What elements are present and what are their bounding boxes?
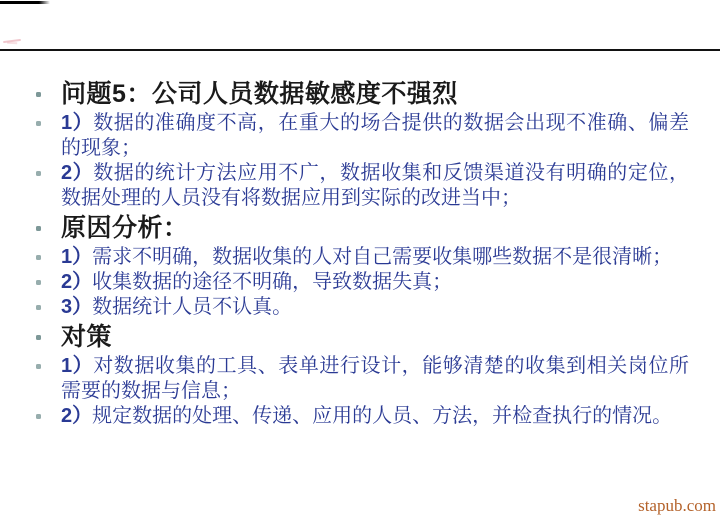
body-text: 2）规定数据的处理、传递、应用的人员、方法，并检查执行的情况。: [61, 404, 689, 429]
item-text: 对策: [61, 323, 112, 351]
list-item-body: 1）对数据收集的工具、表单进行设计，能够清楚的收集到相关岗位所需要的数据与信息；: [0, 354, 720, 404]
body-text: 3）数据统计人员不认真。: [61, 295, 689, 320]
pink-pen-mark: [3, 39, 21, 43]
body-text: 2）数据的统计方法应用不广，数据收集和反馈渠道没有明确的定位，数据处理的人员没有…: [61, 161, 689, 211]
bullet-dot-icon: [36, 364, 41, 369]
body-text: 1）需求不明确，数据收集的人对自己需要收集哪些数据不是很清晰；: [61, 245, 689, 270]
watermark-text: stapub.com: [638, 496, 716, 516]
bullet-dot-icon: [36, 226, 41, 231]
item-text: 数据的准确度不高，在重大的场合提供的数据会出现不准确、偏差的现象；: [61, 112, 689, 159]
bullet-dot-icon: [36, 335, 41, 340]
body-text: 1）对数据收集的工具、表单进行设计，能够清楚的收集到相关岗位所需要的数据与信息；: [61, 354, 689, 404]
bullet-dot-icon: [36, 255, 41, 260]
item-text: 问题5：公司人员数据敏感度不强烈: [61, 80, 458, 108]
list-item-body: 1）需求不明确，数据收集的人对自己需要收集哪些数据不是很清晰；: [0, 245, 720, 270]
heading-text: 对策: [61, 321, 689, 353]
list-item-body: 3）数据统计人员不认真。: [0, 295, 720, 320]
item-text: 规定数据的处理、传递、应用的人员、方法，并检查执行的情况。: [92, 405, 672, 427]
item-number: 1）: [61, 112, 93, 134]
bullet-dot-icon: [36, 171, 41, 176]
bullet-dot-icon: [36, 305, 41, 310]
item-text: 数据的统计方法应用不广，数据收集和反馈渠道没有明确的定位，数据处理的人员没有将数…: [61, 162, 689, 209]
list-item-heading-countermeasures: 对策: [0, 321, 720, 353]
body-text: 2）收集数据的途径不明确，导致数据失真；: [61, 270, 689, 295]
list-item-body: 2）规定数据的处理、传递、应用的人员、方法，并检查执行的情况。: [0, 404, 720, 429]
item-text: 数据统计人员不认真。: [92, 296, 292, 318]
item-text: 对数据收集的工具、表单进行设计，能够清楚的收集到相关岗位所需要的数据与信息；: [61, 355, 689, 402]
list-item-body: 1）数据的准确度不高，在重大的场合提供的数据会出现不准确、偏差的现象；: [0, 111, 720, 161]
item-number: 2）: [61, 162, 93, 184]
item-text: 需求不明确，数据收集的人对自己需要收集哪些数据不是很清晰；: [92, 246, 672, 268]
bullet-dot-icon: [36, 92, 41, 97]
bullet-list: 问题5：公司人员数据敏感度不强烈 1）数据的准确度不高，在重大的场合提供的数据会…: [0, 77, 720, 429]
body-text: 1）数据的准确度不高，在重大的场合提供的数据会出现不准确、偏差的现象；: [61, 111, 689, 161]
item-text: 收集数据的途径不明确，导致数据失真；: [92, 271, 452, 293]
item-number: 1）: [61, 355, 93, 377]
bullet-dot-icon: [36, 280, 41, 285]
heading-text: 问题5：公司人员数据敏感度不强烈: [61, 78, 689, 110]
list-item-heading-problem5: 问题5：公司人员数据敏感度不强烈: [0, 78, 720, 110]
top-left-line: [0, 1, 50, 4]
heading-text: 原因分析：: [61, 212, 689, 244]
presentation-slide: 问题5：公司人员数据敏感度不强烈 1）数据的准确度不高，在重大的场合提供的数据会…: [0, 0, 720, 521]
item-number: 2）: [61, 405, 92, 427]
list-item-body: 2）收集数据的途径不明确，导致数据失真；: [0, 270, 720, 295]
item-number: 2）: [61, 271, 92, 293]
bullet-dot-icon: [36, 121, 41, 126]
title-divider-line: [0, 49, 720, 51]
list-item-heading-cause-analysis: 原因分析：: [0, 212, 720, 244]
bullet-dot-icon: [36, 414, 41, 419]
item-number: 3）: [61, 296, 92, 318]
item-number: 1）: [61, 246, 92, 268]
list-item-body: 2）数据的统计方法应用不广，数据收集和反馈渠道没有明确的定位，数据处理的人员没有…: [0, 161, 720, 211]
item-text: 原因分析：: [61, 214, 189, 242]
